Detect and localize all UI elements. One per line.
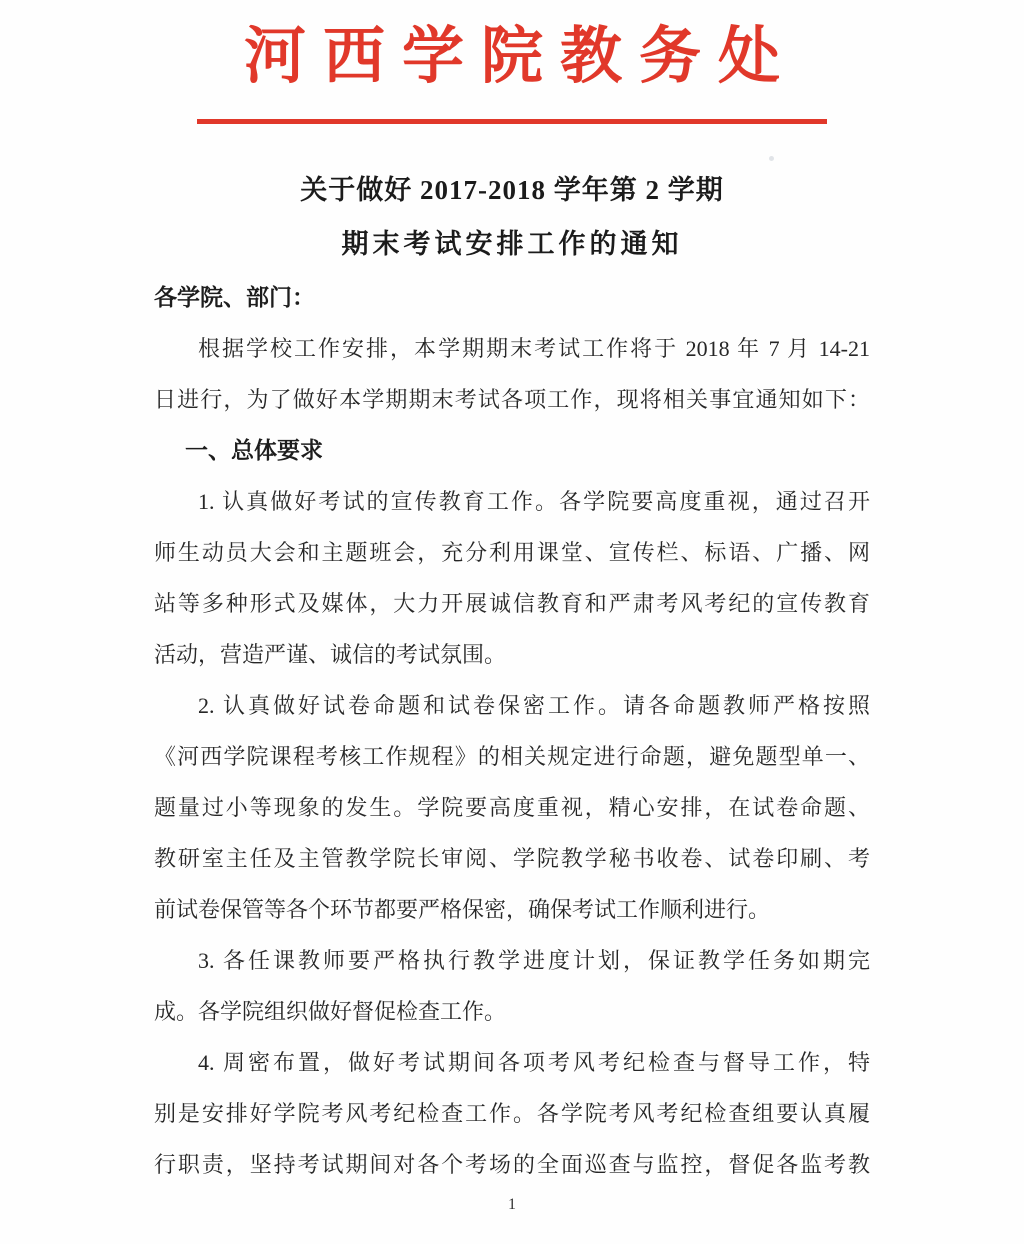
body-line: 站等多种形式及媒体，大力开展诚信教育和严肃考风考纪的宣传教育 [154, 578, 870, 629]
body-line: 2. 认真做好试卷命题和试卷保密工作。请各命题教师严格按照 [154, 680, 870, 731]
paragraph: 根据学校工作安排，本学期期末考试工作将于 2018 年 7 月 14-21日进行… [154, 323, 870, 425]
body-line: 活动，营造严谨、诚信的考试氛围。 [154, 629, 870, 680]
section-heading: 一、总体要求 [154, 425, 870, 476]
letterhead: 河西学院教务处 [0, 0, 1024, 124]
body-line: 教研室主任及主管教学院长审阅、学院教学秘书收卷、试卷印刷、考 [154, 833, 870, 884]
page-number: 1 [0, 1193, 1024, 1217]
document-page: 河西学院教务处 关于做好 2017-2018 学年第 2 学期 期末考试安排工作… [0, 0, 1024, 1244]
body-line: 成。各学院组织做好督促检查工作。 [154, 986, 870, 1037]
title-line-2: 期末考试安排工作的通知 [154, 217, 870, 271]
body-line: 根据学校工作安排，本学期期末考试工作将于 2018 年 7 月 14-21 [154, 323, 870, 374]
body-line: 4. 周密布置，做好考试期间各项考风考纪检查与督导工作，特 [154, 1037, 870, 1088]
document-title: 关于做好 2017-2018 学年第 2 学期 期末考试安排工作的通知 [154, 163, 870, 271]
paragraph: 1. 认真做好考试的宣传教育工作。各学院要高度重视，通过召开师生动员大会和主题班… [154, 476, 870, 680]
body-line: 行职责，坚持考试期间对各个考场的全面巡查与监控，督促各监考教 [154, 1139, 870, 1190]
body-line: 题量过小等现象的发生。学院要高度重视，精心安排，在试卷命题、 [154, 782, 870, 833]
body-line: 日进行，为了做好本学期期末考试各项工作，现将相关事宜通知如下： [154, 374, 870, 425]
body-line: 《河西学院课程考核工作规程》的相关规定进行命题，避免题型单一、 [154, 731, 870, 782]
paragraph: 4. 周密布置，做好考试期间各项考风考纪检查与督导工作，特别是安排好学院考风考纪… [154, 1037, 870, 1190]
title-line-1: 关于做好 2017-2018 学年第 2 学期 [154, 163, 870, 217]
body-line: 师生动员大会和主题班会，充分利用课堂、宣传栏、标语、广播、网 [154, 527, 870, 578]
document-content: 各学院、部门： 根据学校工作安排，本学期期末考试工作将于 2018 年 7 月 … [154, 272, 870, 1190]
body-line: 3. 各任课教师要严格执行教学进度计划，保证教学任务如期完 [154, 935, 870, 986]
paragraph: 3. 各任课教师要严格执行教学进度计划，保证教学任务如期完成。各学院组织做好督促… [154, 935, 870, 1037]
document-body: 根据学校工作安排，本学期期末考试工作将于 2018 年 7 月 14-21日进行… [154, 323, 870, 1190]
body-line: 前试卷保管等各个环节都要严格保密，确保考试工作顺利进行。 [154, 884, 870, 935]
paragraph: 2. 认真做好试卷命题和试卷保密工作。请各命题教师严格按照《河西学院课程考核工作… [154, 680, 870, 935]
salutation: 各学院、部门： [154, 272, 870, 323]
scan-artifact-dot [769, 156, 774, 161]
body-line: 1. 认真做好考试的宣传教育工作。各学院要高度重视，通过召开 [154, 476, 870, 527]
body-line: 别是安排好学院考风考纪检查工作。各学院考风考纪检查组要认真履 [154, 1088, 870, 1139]
org-name: 河西学院教务处 [0, 22, 1024, 92]
letterhead-divider-rule [197, 119, 827, 124]
